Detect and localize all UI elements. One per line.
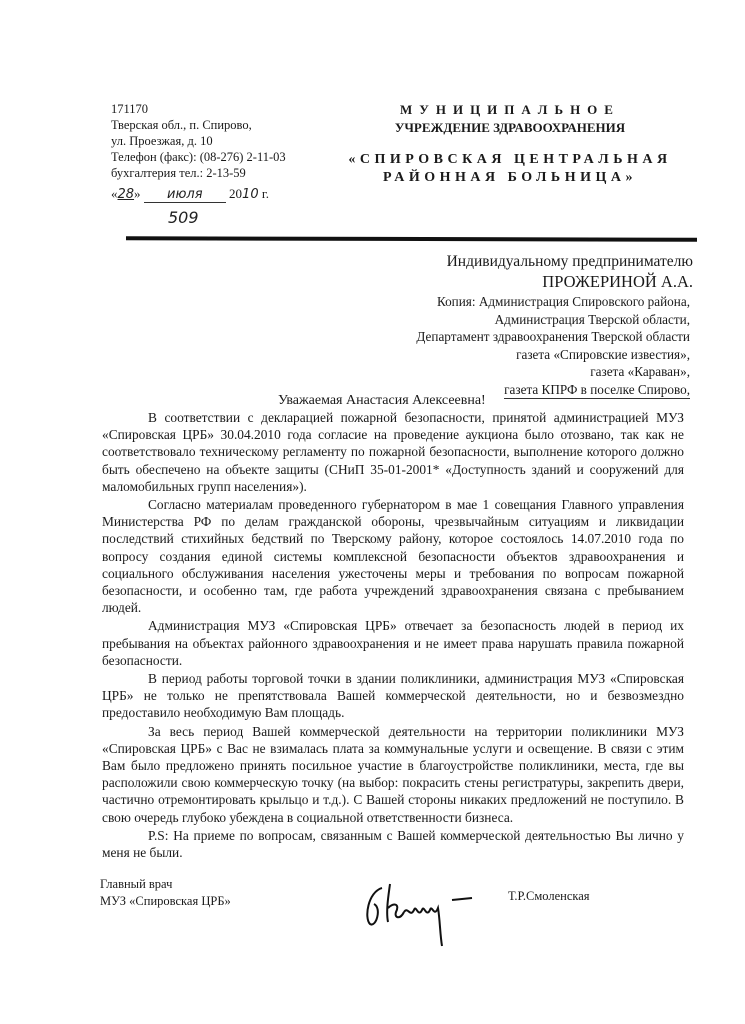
salutation: Уважаемая Анастасия Алексеевна!: [278, 393, 486, 409]
date-year-prefix: 20: [229, 186, 242, 201]
copy-recipient: газета КПРФ в поселке Спирово,: [504, 382, 690, 399]
postscript: P.S: На приеме по вопросам, связанным с …: [102, 827, 684, 861]
org-line3: «СПИРОВСКАЯ ЦЕНТРАЛЬНАЯ: [340, 151, 680, 169]
sender-accounting-phone: бухгалтерия тел.: 2-13-59: [111, 165, 286, 181]
copy-recipient: газета «Спировские известия»,: [416, 346, 690, 364]
letter-body: В соответствии с декларацией пожарной бе…: [102, 409, 684, 862]
date-quote-close: »: [134, 186, 141, 201]
copy-recipient: Департамент здравоохранения Тверской обл…: [416, 328, 690, 346]
sender-postcode: 171170: [111, 101, 286, 117]
org-line1: МУНИЦИПАЛЬНОЕ: [340, 101, 680, 119]
copies-list: Копия: Администрация Спировского района,…: [416, 293, 690, 398]
org-line2: УЧРЕЖДЕНИЕ ЗДРАВООХРАНЕНИЯ: [340, 119, 680, 137]
signer-name: Т.Р.Смоленская: [508, 889, 590, 904]
body-paragraph: В период работы торговой точки в здании …: [102, 670, 684, 722]
handwritten-signature-icon: [360, 878, 500, 963]
addressee-title: Индивидуальному предпринимателю: [447, 252, 693, 272]
copy-recipient: газета «Караван»,: [416, 363, 690, 381]
copy-recipient: Администрация Тверской области,: [416, 311, 690, 329]
addressee-block: Индивидуальному предпринимателю ПРОЖЕРИН…: [447, 252, 693, 292]
position-organization: МУЗ «Спировская ЦРБ»: [100, 893, 231, 910]
body-paragraph: В соответствии с декларацией пожарной бе…: [102, 409, 684, 495]
body-paragraph: Администрация МУЗ «Спировская ЦРБ» отвеч…: [102, 617, 684, 669]
letter-date: «28» июля 2010 г.: [111, 186, 269, 203]
position-title: Главный врач: [100, 876, 231, 893]
sender-phone: Телефон (факс): (08-276) 2-11-03: [111, 149, 286, 165]
date-year-suffix: г.: [262, 186, 269, 201]
date-year-handwritten: 10: [242, 187, 259, 202]
registration-number: 509: [168, 208, 199, 227]
org-line4: РАЙОННАЯ БОЛЬНИЦА»: [340, 169, 680, 187]
date-day: 28: [118, 187, 135, 202]
sender-address-line1: Тверская обл., п. Спирово,: [111, 117, 286, 133]
sender-address-block: 171170 Тверская обл., п. Спирово, ул. Пр…: [111, 101, 286, 181]
addressee-name: ПРОЖЕРИНОЙ А.А.: [447, 272, 693, 292]
date-month: июля: [144, 187, 226, 203]
signatory-position: Главный врач МУЗ «Спировская ЦРБ»: [100, 876, 231, 910]
body-paragraph: Согласно материалам проведенного губерна…: [102, 496, 684, 616]
copy-recipient: Копия: Администрация Спировского района,: [416, 293, 690, 311]
header-divider: [126, 236, 697, 241]
body-paragraph: За весь период Вашей коммерческой деятел…: [102, 723, 684, 826]
organization-header: МУНИЦИПАЛЬНОЕ УЧРЕЖДЕНИЕ ЗДРАВООХРАНЕНИЯ…: [340, 101, 680, 187]
sender-address-line2: ул. Проезжая, д. 10: [111, 133, 286, 149]
